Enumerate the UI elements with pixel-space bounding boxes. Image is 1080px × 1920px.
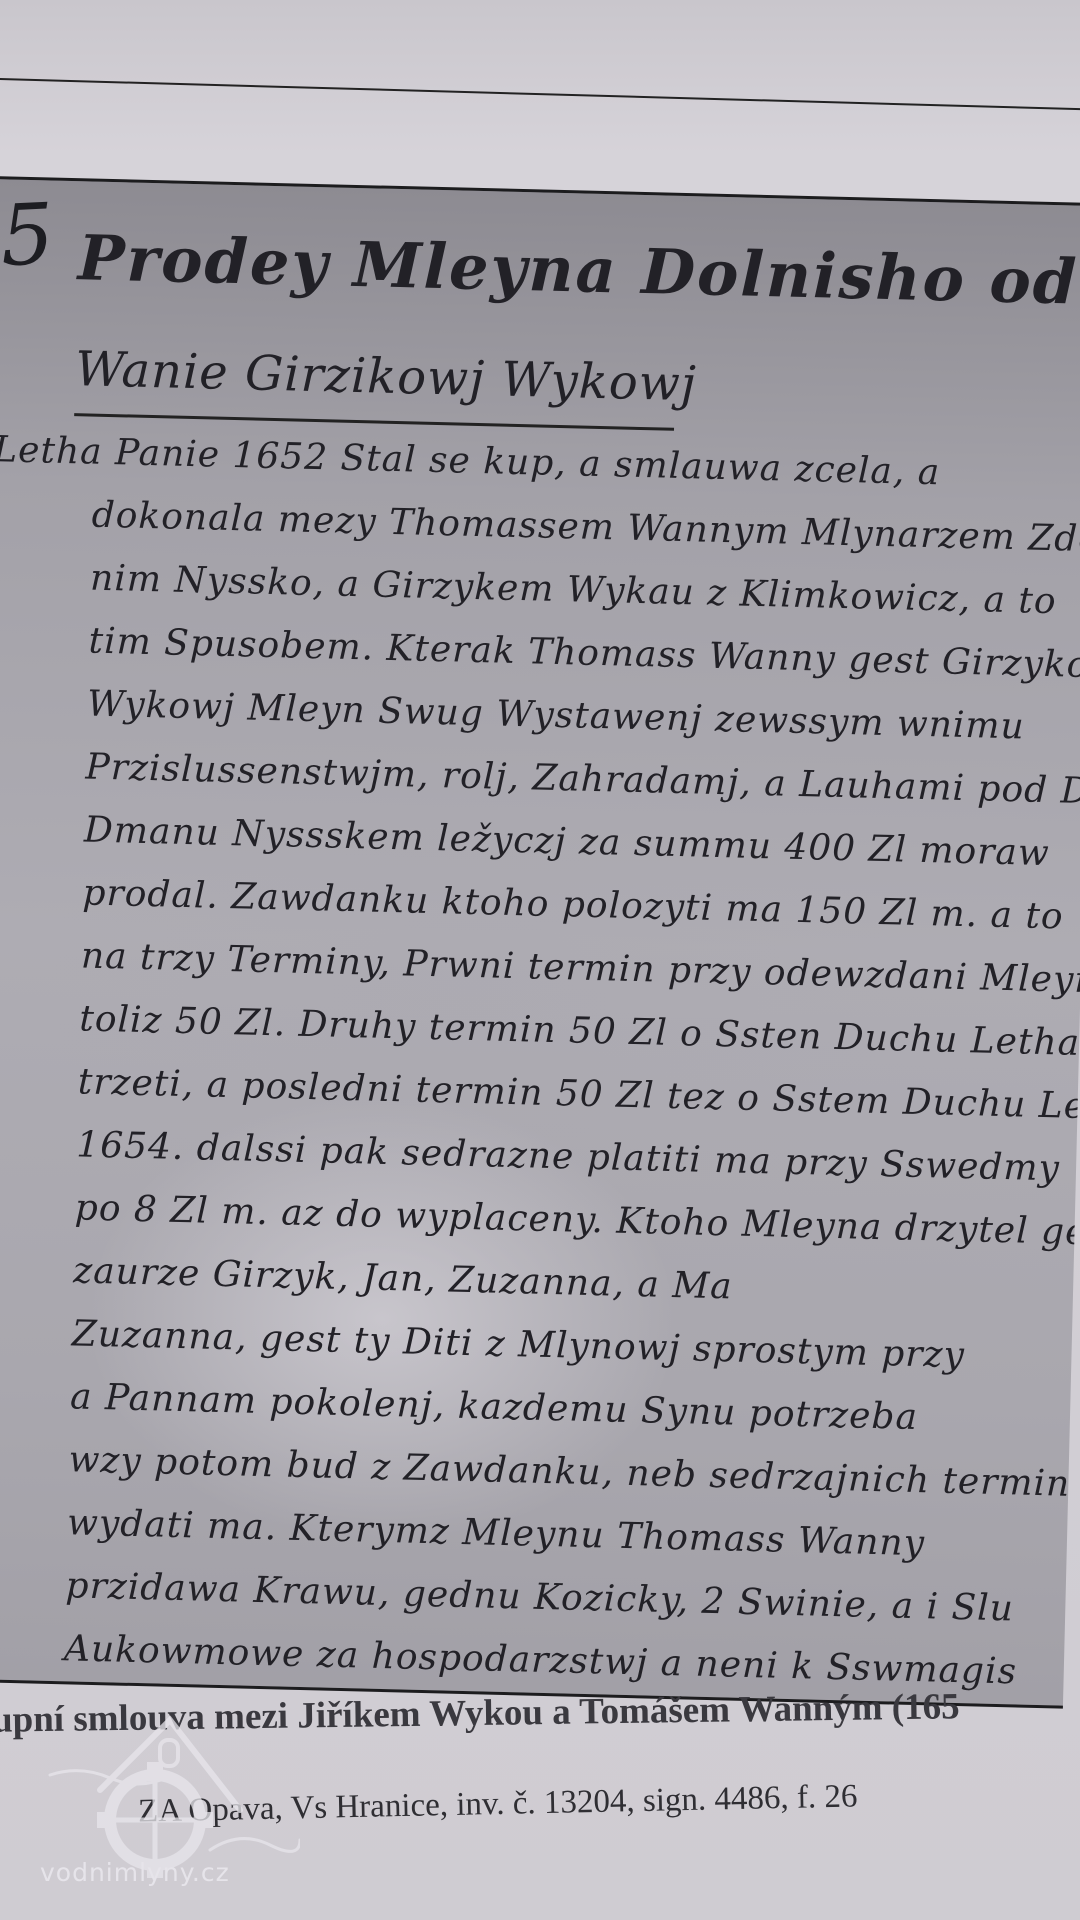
manuscript-line: 1654. dalssi pak sedrazne platiti ma prz… bbox=[76, 1124, 1061, 1189]
manuscript-line: przidawa Krawu, gednu Kozicky, 2 Swinie,… bbox=[65, 1565, 1014, 1629]
manuscript-line: trzeti, a posledni termin 50 Zl tez o Ss… bbox=[77, 1061, 1080, 1128]
manuscript-line: Wykowj Mleyn Swug Wystawenj zewssym wnim… bbox=[87, 684, 1026, 748]
manuscript-line: na trzy Terminy, Prwni termin przy odewz… bbox=[80, 935, 1080, 1001]
manuscript-line: dokonala mezy Thomassem Wannym Mlynarzem… bbox=[91, 495, 1080, 561]
manuscript-line: Przislussenstwjm, rolj, Zahradamj, a Lau… bbox=[85, 747, 1080, 813]
page-rule-top bbox=[0, 78, 1080, 111]
manuscript-underline bbox=[74, 413, 674, 431]
manuscript-line: Zuzanna, gest ty Diti z Mlynowj sprostym… bbox=[71, 1313, 965, 1376]
manuscript-line: nim Nyssko, a Girzykem Wykau z Klimkowic… bbox=[90, 558, 1057, 623]
manuscript-line: tim Spusobem. Kterak Thomass Wanny gest … bbox=[88, 621, 1080, 688]
manuscript-subtitle: Wanie Girzikowj Wykowj bbox=[75, 341, 698, 412]
manuscript-line: zaurze Girzyk, Jan, Zuzanna, a Ma bbox=[73, 1250, 733, 1307]
manuscript-line: wzy potom bud z Zawdanku, neb sedrzajnic… bbox=[68, 1439, 1080, 1505]
manuscript-line: toliz 50 Zl. Druhy termin 50 Zl o Ssten … bbox=[79, 998, 1080, 1065]
manuscript-line: prodal. Zawdanku ktoho polozyti ma 150 Z… bbox=[82, 872, 1064, 937]
folio-number: 5 bbox=[0, 185, 56, 285]
manuscript-line: a Pannam pokolenj, kazdemu Synu potrzeba bbox=[70, 1376, 919, 1438]
manuscript-title: Prodey Mleyna Dolnisho od Thomasse bbox=[77, 221, 1080, 328]
manuscript-line: Dmanu Nyssskem ležyczj za summu 400 Zl m… bbox=[84, 809, 1051, 874]
manuscript-line: wydati ma. Kterymz Mleynu Thomass Wanny bbox=[67, 1502, 926, 1564]
watermark-text: vodnimlyny.cz bbox=[40, 1858, 230, 1887]
manuscript-line: Letha Panie 1652 Stal se kup, a smlauwa … bbox=[0, 429, 941, 493]
manuscript-body: Letha Panie 1652 Stal se kup, a smlauwa … bbox=[0, 179, 1080, 206]
manuscript-line: po 8 Zl m. az do wyplaceny. Ktoho Mleyna… bbox=[74, 1187, 1080, 1254]
manuscript-image: 5 Prodey Mleyna Dolnisho od Thomasse Wan… bbox=[0, 176, 1080, 1709]
